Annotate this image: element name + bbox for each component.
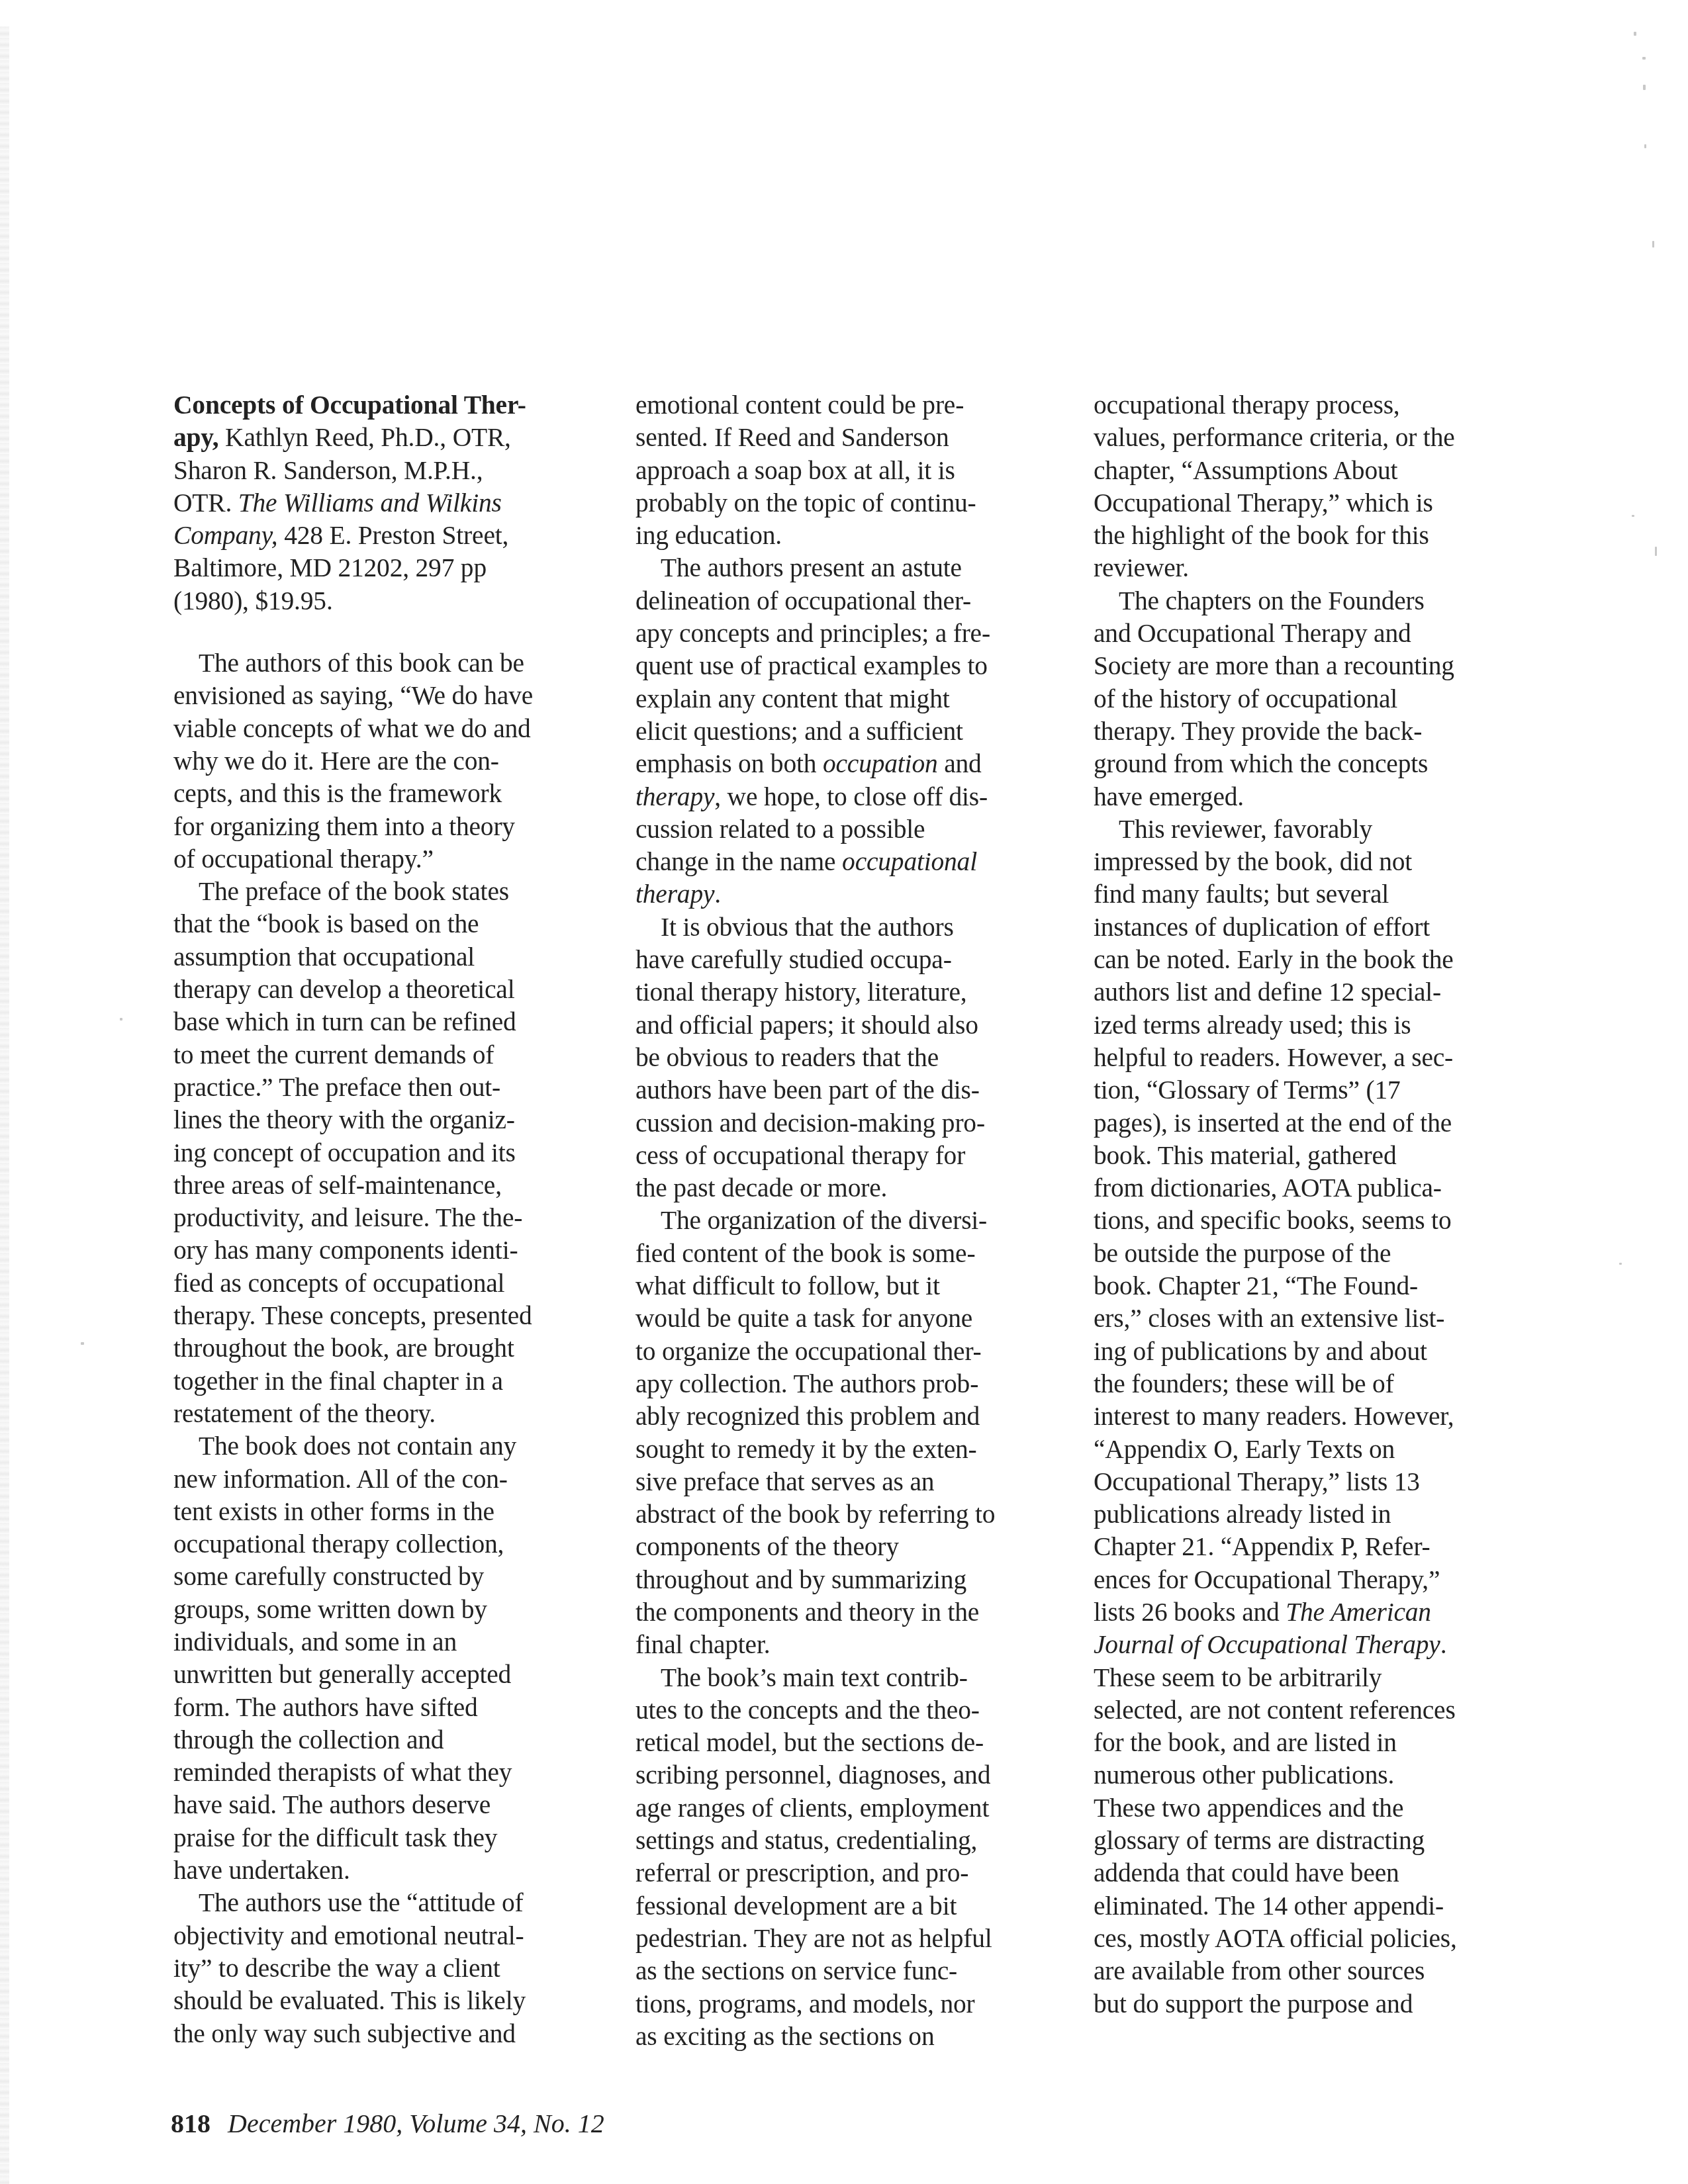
- text-line: helpful to readers. However, a sec-: [1094, 1042, 1517, 1074]
- text-column-2: emotional content could be pre-sented. I…: [635, 389, 1059, 2053]
- text-line: settings and status, credentialing,: [635, 1825, 1059, 1857]
- paragraph-start-line: The authors of this book can be: [173, 647, 597, 680]
- text-line: the past decade or more.: [635, 1172, 1059, 1205]
- text-line: as the sections on service func-: [635, 1955, 1059, 1987]
- text-line: productivity, and leisure. The the-: [173, 1202, 597, 1234]
- text-line: emotional content could be pre-: [635, 389, 1059, 422]
- text-line: impressed by the book, did not: [1094, 846, 1517, 878]
- text-line: Journal of Occupational Therapy.: [1094, 1629, 1517, 1661]
- text-line: age ranges of clients, employment: [635, 1792, 1059, 1825]
- text-line: envisioned as saying, “We do have: [173, 680, 597, 712]
- text-line: delineation of occupational ther-: [635, 585, 1059, 617]
- text-line: approach a soap box at all, it is: [635, 455, 1059, 487]
- text-line: numerous other publications.: [1094, 1759, 1517, 1792]
- paragraph-start-line: The chapters on the Founders: [1094, 585, 1517, 617]
- text-line: to meet the current demands of: [173, 1039, 597, 1071]
- citation-price: (1980), $19.95.: [173, 585, 597, 617]
- text-line: but do support the purpose and: [1094, 1988, 1517, 2021]
- text-line: tional therapy history, literature,: [635, 976, 1059, 1009]
- text-line: the components and theory in the: [635, 1596, 1059, 1629]
- text-line: sought to remedy it by the exten-: [635, 1433, 1059, 1466]
- text-line: lines the theory with the organiz-: [173, 1104, 597, 1136]
- text-line: ences for Occupational Therapy,”: [1094, 1564, 1517, 1596]
- text-line: groups, some written down by: [173, 1594, 597, 1626]
- italic-text: occupation: [823, 749, 938, 778]
- citation-line: apy, Kathlyn Reed, Ph.D., OTR,: [173, 422, 597, 454]
- paragraph-start-line: The organization of the diversi-: [635, 1205, 1059, 1237]
- text-line: ing of publications by and about: [1094, 1336, 1517, 1368]
- scan-speck: [1644, 144, 1646, 148]
- publisher-address: 428 E. Preston Street,: [278, 521, 509, 550]
- text-line: the only way such subjective and: [173, 2018, 597, 2050]
- text-line: some carefully constructed by: [173, 1561, 597, 1593]
- italic-text: occupational: [842, 847, 977, 876]
- text-line: ized terms already used; this is: [1094, 1009, 1517, 1042]
- text-line: authors have been part of the dis-: [635, 1074, 1059, 1107]
- page-number: 818: [171, 2109, 211, 2138]
- citation-line: Concepts of Occupational Ther-: [173, 389, 597, 422]
- text-line: cess of occupational therapy for: [635, 1140, 1059, 1172]
- text-line: Society are more than a recounting: [1094, 650, 1517, 682]
- text-line: sive preface that serves as an: [635, 1466, 1059, 1498]
- text-line: fied as concepts of occupational: [173, 1267, 597, 1300]
- text-line: tions, programs, and models, nor: [635, 1988, 1059, 2021]
- scan-speck: [81, 1342, 84, 1345]
- text-line: to organize the occupational ther-: [635, 1336, 1059, 1368]
- book-title-cont: apy,: [173, 423, 218, 452]
- text-line: scribing personnel, diagnoses, and: [635, 1759, 1059, 1792]
- text-line: apy collection. The authors prob-: [635, 1368, 1059, 1400]
- authors: Kathlyn Reed, Ph.D., OTR,: [218, 423, 510, 452]
- scan-speck: [1619, 1263, 1622, 1265]
- scan-speck: [1634, 32, 1636, 36]
- text-line: and official papers; it should also: [635, 1009, 1059, 1042]
- text-line: throughout and by summarizing: [635, 1564, 1059, 1596]
- body-text: emotional content could be pre-sented. I…: [635, 389, 1059, 2053]
- paragraph-start-line: The authors use the “attitude of: [173, 1887, 597, 1919]
- text-line: cussion and decision-making pro-: [635, 1107, 1059, 1140]
- text-line: and Occupational Therapy and: [1094, 617, 1517, 650]
- text-line: Chapter 21. “Appendix P, Refer-: [1094, 1531, 1517, 1563]
- text-line: have undertaken.: [173, 1854, 597, 1887]
- text-run: lists 26 books and: [1094, 1598, 1286, 1627]
- text-line: through the collection and: [173, 1724, 597, 1756]
- citation-line: Company, 428 E. Preston Street,: [173, 520, 597, 552]
- paragraph-start-line: This reviewer, favorably: [1094, 813, 1517, 846]
- italic-text: therapy: [635, 880, 714, 909]
- paragraph-start-line: The authors present an astute: [635, 552, 1059, 584]
- text-line: “Appendix O, Early Texts on: [1094, 1433, 1517, 1466]
- text-line: throughout the book, are brought: [173, 1332, 597, 1365]
- text-line: publications already listed in: [1094, 1498, 1517, 1531]
- text-line: glossary of terms are distracting: [1094, 1825, 1517, 1857]
- text-line: ing concept of occupation and its: [173, 1137, 597, 1169]
- text-line: retical model, but the sections de-: [635, 1727, 1059, 1759]
- text-line: ces, mostly AOTA official policies,: [1094, 1923, 1517, 1955]
- text-line: Occupational Therapy,” lists 13: [1094, 1466, 1517, 1498]
- text-line: have emerged.: [1094, 781, 1517, 813]
- text-line: reminded therapists of what they: [173, 1756, 597, 1789]
- citation-line: Baltimore, MD 21202, 297 pp: [173, 552, 597, 584]
- text-line: therapy. These concepts, presented: [173, 1300, 597, 1332]
- text-line: of occupational therapy.”: [173, 843, 597, 876]
- text-line: cussion related to a possible: [635, 813, 1059, 846]
- text-line: be obvious to readers that the: [635, 1042, 1059, 1074]
- italic-text: therapy: [635, 782, 714, 811]
- book-title: Concepts of Occupational Ther-: [173, 390, 526, 420]
- text-run: emphasis on both: [635, 749, 823, 778]
- body-text: The authors of this book can beenvisione…: [173, 647, 597, 2050]
- text-line: occupational therapy process,: [1094, 389, 1517, 422]
- publisher-name-cont: Company,: [173, 521, 278, 550]
- scan-speck: [1643, 85, 1646, 90]
- text-line: from dictionaries, AOTA publica-: [1094, 1172, 1517, 1205]
- text-line: ity” to describe the way a client: [173, 1952, 597, 1985]
- italic-text: The American: [1286, 1598, 1431, 1627]
- text-line: the founders; these will be of: [1094, 1368, 1517, 1400]
- text-run: .: [714, 880, 721, 909]
- text-line: addenda that could have been: [1094, 1857, 1517, 1889]
- text-line: referral or prescription, and pro-: [635, 1857, 1059, 1889]
- publisher-name: The Williams and Wilkins: [238, 488, 502, 518]
- text-line: eliminated. The 14 other appendi-: [1094, 1890, 1517, 1923]
- text-line: should be evaluated. This is likely: [173, 1985, 597, 2017]
- text-line: These two appendices and the: [1094, 1792, 1517, 1825]
- paragraph-start-line: It is obvious that the authors: [635, 911, 1059, 944]
- text-column-1: Concepts of Occupational Ther- apy, Kath…: [173, 389, 597, 2050]
- text-line: apy concepts and principles; a fre-: [635, 617, 1059, 650]
- text-line: of the history of occupational: [1094, 683, 1517, 715]
- text-line: selected, are not content references: [1094, 1694, 1517, 1727]
- scan-speck: [1642, 57, 1646, 60]
- text-line: form. The authors have sifted: [173, 1692, 597, 1724]
- text-line: praise for the difficult task they: [173, 1822, 597, 1854]
- text-line: occupational therapy collection,: [173, 1528, 597, 1561]
- text-line: instances of duplication of effort: [1094, 911, 1517, 944]
- text-run: , we hope, to close off dis-: [714, 782, 988, 811]
- text-line: assumption that occupational: [173, 941, 597, 974]
- text-line: values, performance criteria, or the: [1094, 422, 1517, 454]
- text-line: change in the name occupational: [635, 846, 1059, 878]
- text-column-3: occupational therapy process,values, per…: [1094, 389, 1517, 2021]
- text-line: ably recognized this problem and: [635, 1400, 1059, 1433]
- text-line: be outside the purpose of the: [1094, 1238, 1517, 1270]
- paragraph-start-line: The preface of the book states: [173, 876, 597, 908]
- text-line: therapy can develop a theoretical: [173, 974, 597, 1006]
- text-line: authors list and define 12 special-: [1094, 976, 1517, 1009]
- text-line: viable concepts of what we do and: [173, 713, 597, 745]
- text-line: book. This material, gathered: [1094, 1140, 1517, 1172]
- text-line: therapy.: [635, 878, 1059, 911]
- text-line: practice.” The preface then out-: [173, 1071, 597, 1104]
- text-line: lists 26 books and The American: [1094, 1596, 1517, 1629]
- text-run: change in the name: [635, 847, 842, 876]
- text-line: restatement of the theory.: [173, 1398, 597, 1430]
- text-run: .: [1440, 1630, 1447, 1659]
- text-line: individuals, and some in an: [173, 1626, 597, 1659]
- text-line: would be quite a task for anyone: [635, 1302, 1059, 1335]
- text-run: and: [937, 749, 981, 778]
- text-line: why we do it. Here are the con-: [173, 745, 597, 778]
- citation-line: Sharon R. Sanderson, M.P.H.,: [173, 455, 597, 487]
- text-line: interest to many readers. However,: [1094, 1400, 1517, 1433]
- text-line: cepts, and this is the framework: [173, 778, 597, 810]
- text-line: unwritten but generally accepted: [173, 1659, 597, 1691]
- text-line: the highlight of the book for this: [1094, 520, 1517, 552]
- text-line: tion, “Glossary of Terms” (17: [1094, 1074, 1517, 1107]
- text-line: therapy, we hope, to close off dis-: [635, 781, 1059, 813]
- page-footer: 818December 1980, Volume 34, No. 12: [171, 2108, 604, 2140]
- text-line: tions, and specific books, seems to: [1094, 1205, 1517, 1237]
- text-line: for organizing them into a theory: [173, 811, 597, 843]
- text-line: ing education.: [635, 520, 1059, 552]
- text-line: three areas of self-maintenance,: [173, 1169, 597, 1202]
- body-text: occupational therapy process,values, per…: [1094, 389, 1517, 2021]
- text-line: These seem to be arbitrarily: [1094, 1662, 1517, 1694]
- text-line: utes to the concepts and the theo-: [635, 1694, 1059, 1727]
- text-line: tent exists in other forms in the: [173, 1496, 597, 1528]
- text-line: objectivity and emotional neutral-: [173, 1920, 597, 1952]
- text-line: book. Chapter 21, “The Found-: [1094, 1270, 1517, 1302]
- text-line: emphasis on both occupation and: [635, 748, 1059, 780]
- text-line: ory has many components identi-: [173, 1234, 597, 1267]
- text-line: sented. If Reed and Sanderson: [635, 422, 1059, 454]
- text-line: chapter, “Assumptions About: [1094, 455, 1517, 487]
- text-line: ers,” closes with an extensive list-: [1094, 1302, 1517, 1335]
- text-line: have carefully studied occupa-: [635, 944, 1059, 976]
- text-line: are available from other sources: [1094, 1955, 1517, 1987]
- italic-text: Journal of Occupational Therapy: [1094, 1630, 1440, 1659]
- text-line: Occupational Therapy,” which is: [1094, 487, 1517, 520]
- scan-edge-shadow: [0, 26, 9, 2184]
- text-line: fied content of the book is some-: [635, 1238, 1059, 1270]
- review-citation: Concepts of Occupational Ther- apy, Kath…: [173, 389, 597, 617]
- journal-issue: December 1980, Volume 34, No. 12: [228, 2109, 604, 2138]
- scan-speck: [1655, 547, 1657, 556]
- text-line: quent use of practical examples to: [635, 650, 1059, 682]
- text-line: components of the theory: [635, 1531, 1059, 1563]
- scan-speck: [1652, 241, 1654, 248]
- text-line: base which in turn can be refined: [173, 1006, 597, 1038]
- credential: OTR.: [173, 488, 238, 518]
- text-line: find many faults; but several: [1094, 878, 1517, 911]
- text-line: therapy. They provide the back-: [1094, 715, 1517, 748]
- paragraph-gap: [173, 617, 597, 647]
- text-line: abstract of the book by referring to: [635, 1498, 1059, 1531]
- paragraph-start-line: The book does not contain any: [173, 1430, 597, 1463]
- text-line: together in the final chapter in a: [173, 1365, 597, 1398]
- text-line: fessional development are a bit: [635, 1890, 1059, 1923]
- text-line: elicit questions; and a sufficient: [635, 715, 1059, 748]
- text-line: what difficult to follow, but it: [635, 1270, 1059, 1302]
- text-line: new information. All of the con-: [173, 1463, 597, 1496]
- scan-speck: [1632, 515, 1634, 517]
- text-line: ground from which the concepts: [1094, 748, 1517, 780]
- text-line: for the book, and are listed in: [1094, 1727, 1517, 1759]
- text-line: pages), is inserted at the end of the: [1094, 1107, 1517, 1140]
- text-line: explain any content that might: [635, 683, 1059, 715]
- scan-speck: [120, 1018, 122, 1021]
- text-line: can be noted. Early in the book the: [1094, 944, 1517, 976]
- text-line: as exciting as the sections on: [635, 2021, 1059, 2053]
- text-line: reviewer.: [1094, 552, 1517, 584]
- text-line: that the “book is based on the: [173, 908, 597, 940]
- text-line: have said. The authors deserve: [173, 1789, 597, 1821]
- text-line: final chapter.: [635, 1629, 1059, 1661]
- paragraph-start-line: The book’s main text contrib-: [635, 1662, 1059, 1694]
- text-line: pedestrian. They are not as helpful: [635, 1923, 1059, 1955]
- citation-line: OTR. The Williams and Wilkins: [173, 487, 597, 520]
- text-line: probably on the topic of continu-: [635, 487, 1059, 520]
